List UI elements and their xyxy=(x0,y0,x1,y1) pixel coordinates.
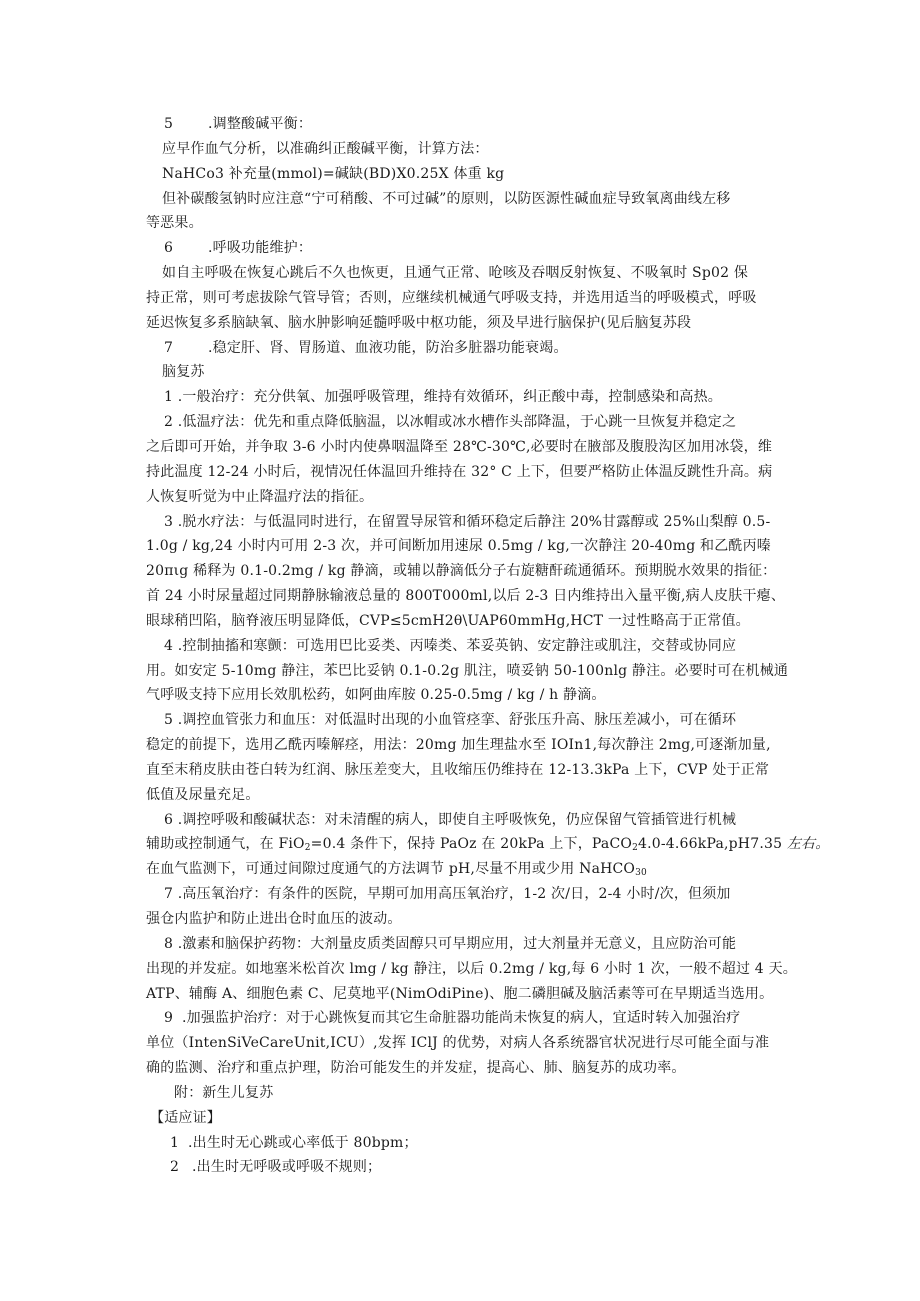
paragraph-line: 如自主呼吸在恢复心跳后不久也恢更，且通气正常、呛咳及吞咽反射恢复、不吸氧时 Sp… xyxy=(160,261,792,286)
paragraph-line: ATP、辅酶 A、细胞色素 C、尼莫地平(NimOdiPine)、胞二磷胆碱及脑… xyxy=(146,982,792,1007)
paragraph-line: 延迟恢复多系脑缺氧、脑水肿影响延髓呼吸中枢功能，须及早进行脑保护(见后脑复苏段 xyxy=(146,311,792,336)
paragraph-line: 人恢复听觉为中止降温疗法的指征。 xyxy=(146,485,792,510)
paragraph-line: 1.0g / kg,24 小时内可用 2-3 次，并可间断加用速尿 0.5mg … xyxy=(146,534,792,559)
list-item: 1 .一般治疗：充分供氧、加强呼吸管理，维持有效循环，纠正酸中毒，控制感染和高热… xyxy=(160,385,792,410)
paragraph-line: 出现的并发症。如地塞米松首次 lmg / kg 静注，以后 0.2mg / kg… xyxy=(146,957,792,982)
paragraph-line: 持正常，则可考虑拔除气管导管；否则，应继续机械通气呼吸支持，并选用适当的呼吸模式… xyxy=(146,286,792,311)
list-item: 8 .激素和脑保护药物：大剂量皮质类固醇只可早期应用，过大剂量并无意义，且应防治… xyxy=(160,932,792,957)
paragraph-line: 首 24 小时尿量超过同期静脉输液总量的 800T000ml,以后 2-3 日内… xyxy=(146,584,792,609)
paragraph-line: 气呼吸支持下应用长效肌松药，如阿曲库胺 0.25-0.5mg / kg / h … xyxy=(146,683,792,708)
appendix-heading: 附：新生儿复苏 xyxy=(160,1081,792,1106)
paragraph-line: 等恶果。 xyxy=(146,211,792,236)
list-item: 3 .脱水疗法：与低温同时进行，在留置导尿管和循环稳定后静注 20%甘露醇或 2… xyxy=(160,510,792,535)
paragraph-line: 单位（IntenSiVeCareUnit,ICU）,发挥 IClJ 的优势，对病… xyxy=(146,1031,792,1056)
list-item: 2.出生时无呼吸或呼吸不规则； xyxy=(160,1155,792,1180)
paragraph-line: 20πιg 稀释为 0.1-0.2mg / kg 静滴，或辅以静滴低分子右旋糖酐… xyxy=(146,559,792,584)
heading-acid-base: 5.调整酸碱平衡： xyxy=(160,112,792,137)
paragraph-line: 在血气监测下，可通过间隙过度通气的方法调节 pH,尽量不用或少用 NaHCO30 xyxy=(146,857,792,882)
list-item: 7 .高压氧治疗：有条件的医院，早期可加用高压氧治疗，1-2 次/日，2-4 小… xyxy=(160,882,792,907)
paragraph-line: 应早作血气分析，以准确纠正酸碱平衡，计算方法： xyxy=(160,137,792,162)
indications-heading: 【适应证】 xyxy=(150,1106,792,1131)
paragraph-line: 低值及尿量充足。 xyxy=(146,783,792,808)
paragraph-line: 之后即可开始，并争取 3-6 小时内使鼻咽温降至 28℃-30℃,必要时在腋部及… xyxy=(146,435,792,460)
list-item: 2 .低温疗法：优先和重点降低脑温，以冰帽或冰水槽作头部降温，于心跳一旦恢复并稳… xyxy=(160,410,792,435)
paragraph-line: 辅助或控制通气，在 FiO2=0.4 条件下，保持 PaOz 在 20kPa 上… xyxy=(146,832,792,857)
paragraph-line: 眼球稍凹陷，脑脊液压明显降低，CVP≤5cmH2θ\UAP60mmHg,HCT … xyxy=(146,609,792,634)
heading-respiration: 6.呼吸功能维护： xyxy=(160,236,792,261)
paragraph-line: 强仓内监护和防止进出仓时血压的波动。 xyxy=(146,907,792,932)
list-item: 5 .调控血管张力和血压：对低温时出现的小血管痉挛、舒张压升高、脉压差减小，可在… xyxy=(160,708,792,733)
formula-line: NaHCo3 补充量(mmol)=碱缺(BD)X0.25X 体重 kg xyxy=(160,162,792,187)
paragraph-line: 但补碳酸氢钠时应注意“宁可稍酸、不可过碱”的原则，以防医源性碱血症导致氧离曲线左… xyxy=(160,187,792,212)
document-page: 5.调整酸碱平衡： 应早作血气分析，以准确纠正酸碱平衡，计算方法： NaHCo3… xyxy=(160,112,792,1180)
paragraph-line: 直至末稍皮肤由苍白转为红润、脉压差变大，且收缩压仍维持在 12-13.3kPa … xyxy=(146,758,792,783)
paragraph-line: 确的监测、治疗和重点护理，防治可能发生的并发症，提高心、肺、脑复苏的成功率。 xyxy=(146,1056,792,1081)
paragraph-line: 稳定的前提下，选用乙酰丙嗪解痉，用法：20mg 加生理盐水至 IOIn1,每次静… xyxy=(146,733,792,758)
list-item: 1.出生时无心跳或心率低于 80bpm； xyxy=(160,1131,792,1156)
list-item: 6 .调控呼吸和酸碱状态：对未清醒的病人，即使自主呼吸恢免，仍应保留气管插管进行… xyxy=(160,808,792,833)
list-item: 9.加强监护治疗：对于心跳恢复而其它生命脏器功能尚未恢复的病人，宜适时转入加强治… xyxy=(160,1006,792,1031)
paragraph-line: 用。如安定 5-10mg 静注，苯巴比妥钠 0.1-0.2g 肌注，喷妥钠 50… xyxy=(146,659,792,684)
list-item: 4 .控制抽搐和寒颤：可选用巴比妥类、丙嗪类、苯妥英钠、安定静注或肌注，交替或协… xyxy=(160,634,792,659)
paragraph-line: 持此温度 12-24 小时后，视情况任体温回升维持在 32° C 上下，但要严格… xyxy=(146,460,792,485)
heading-brain-resuscitation: 脑复苏 xyxy=(160,360,792,385)
heading-organ-function: 7.稳定肝、肾、胃肠道、血液功能，防治多脏器功能衰竭。 xyxy=(160,336,792,361)
